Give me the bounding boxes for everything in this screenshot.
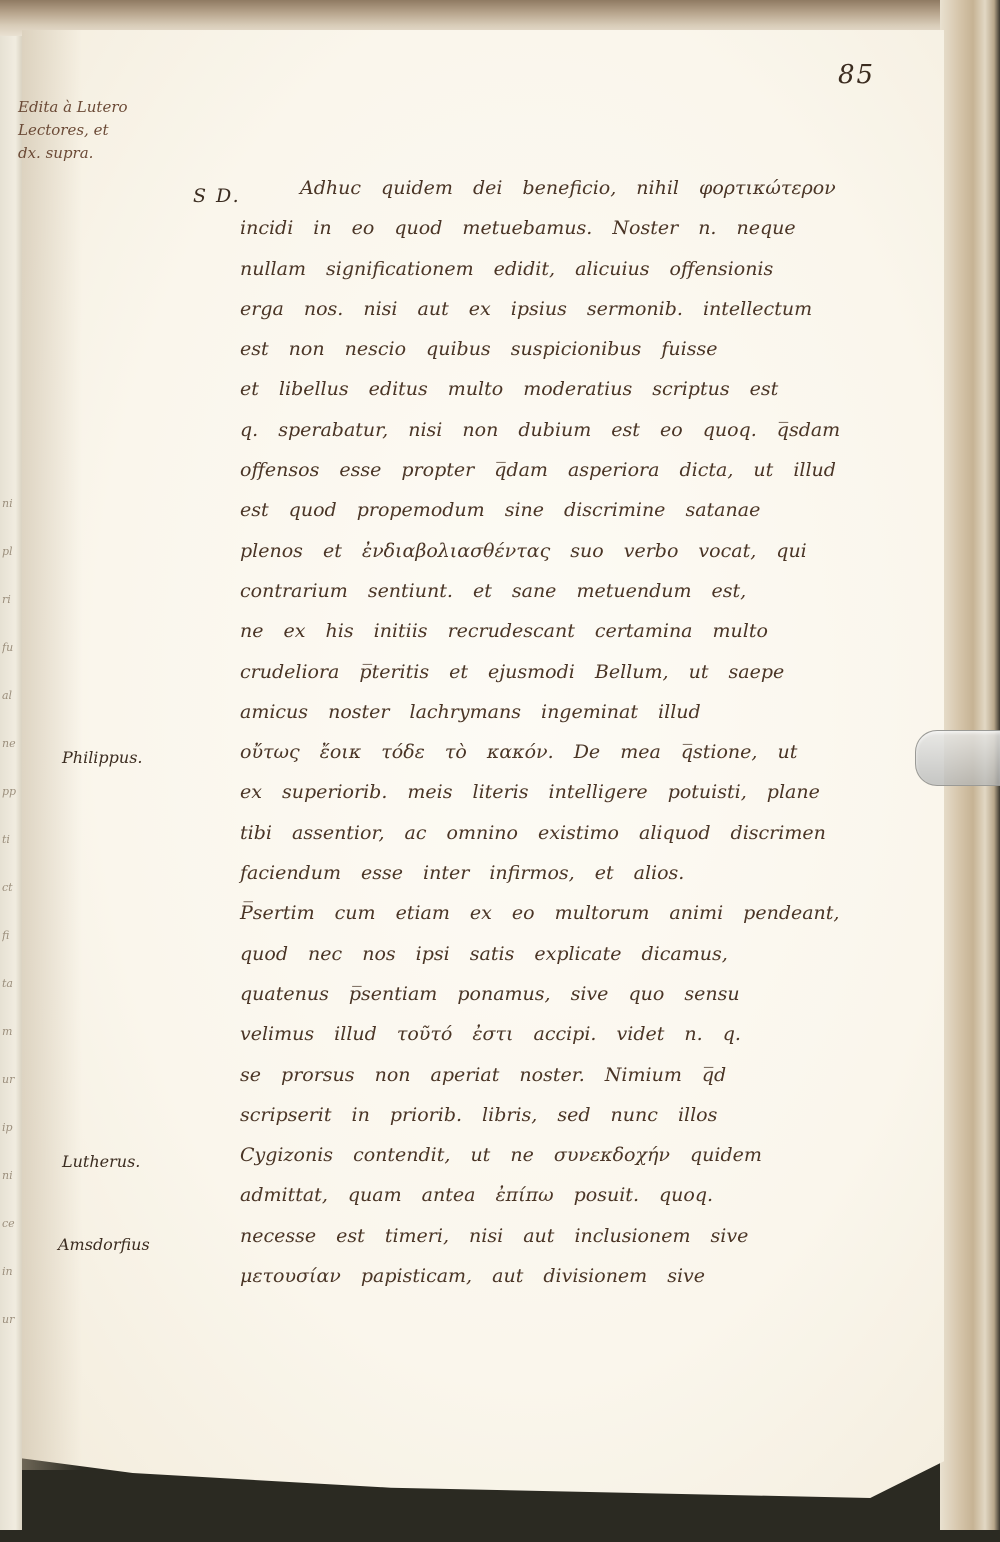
text-line: se prorsus non aperiat noster. Nimium q̅… xyxy=(240,1055,900,1095)
bleed-through-marks: niplrifualnepptictfitamuripniceinur xyxy=(2,480,20,1380)
text-line: contrarium sentiunt. et sane metuendum e… xyxy=(240,571,900,611)
text-line: erga nos. nisi aut ex ipsius sermonib. i… xyxy=(240,289,900,329)
text-line: quod nec nos ipsi satis explicate dicamu… xyxy=(240,934,900,974)
folio-number: 85 xyxy=(838,60,875,90)
margin-name-philippus: Philippus. xyxy=(62,748,143,767)
text-line: ne ex his initiis recrudescant certamina… xyxy=(240,611,900,651)
text-line: nullam significationem edidit, alicuius … xyxy=(240,249,900,289)
salutation: S D. xyxy=(193,185,241,207)
text-line: q. sperabatur, nisi non dubium est eo qu… xyxy=(240,410,900,450)
text-line: faciendum esse inter infirmos, et alios. xyxy=(240,853,900,893)
text-line: plenos et ἐνδιαβολιασθέντας suo verbo vo… xyxy=(240,531,900,571)
text-line: οὔτως ἔοικ τόδε τὸ κακόν. De mea q̅stion… xyxy=(240,732,900,772)
text-line: offensos esse propter q̅dam asperiora di… xyxy=(240,450,900,490)
text-line: quatenus p̅sentiam ponamus, sive quo sen… xyxy=(240,974,900,1014)
text-line: Cygizonis contendit, ut ne συνεκδοχήν qu… xyxy=(240,1135,900,1175)
text-line: necesse est timeri, nisi aut inclusionem… xyxy=(240,1216,900,1256)
margin-note-edition: Edita à Lutero Lectores, et dx. supra. xyxy=(18,96,168,165)
letter-body: Adhuc quidem dei beneficio, nihil φορτικ… xyxy=(240,168,900,1296)
margin-name-lutherus: Lutherus. xyxy=(62,1152,140,1171)
margin-note-line: Edita à Lutero xyxy=(18,96,168,119)
text-line: ex superiorib. meis literis intelligere … xyxy=(240,772,900,812)
text-line: tibi assentior, ac omnino existimo aliqu… xyxy=(240,813,900,853)
text-line: admittat, quam antea ἐπίπω posuit. quoq. xyxy=(240,1175,900,1215)
margin-note-line: dx. supra. xyxy=(18,142,168,165)
text-line: velimus illud τοῦτό ἐστι accipi. videt n… xyxy=(240,1014,900,1054)
text-line: et libellus editus multo moderatius scri… xyxy=(240,369,900,409)
text-line: est quod propemodum sine discrimine sata… xyxy=(240,490,900,530)
page-clip-tab xyxy=(915,730,1000,786)
adjacent-page-edge: niplrifualnepptictfitamuripniceinur xyxy=(0,0,22,1530)
text-line: Adhuc quidem dei beneficio, nihil φορτικ… xyxy=(240,168,900,208)
margin-note-line: Lectores, et xyxy=(18,119,168,142)
text-line: est non nescio quibus suspicionibus fuis… xyxy=(240,329,900,369)
text-line: P̅sertim cum etiam ex eo multorum animi … xyxy=(240,893,900,933)
text-line: amicus noster lachrymans ingeminat illud xyxy=(240,692,900,732)
text-line: incidi in eo quod metuebamus. Noster n. … xyxy=(240,208,900,248)
text-line: crudeliora p̅teritis et ejusmodi Bellum,… xyxy=(240,652,900,692)
text-line: μετουσίαν papisticam, aut divisionem siv… xyxy=(240,1256,900,1296)
margin-name-amsdorfius: Amsdorfius xyxy=(58,1235,150,1254)
text-line: scripserit in priorib. libris, sed nunc … xyxy=(240,1095,900,1135)
